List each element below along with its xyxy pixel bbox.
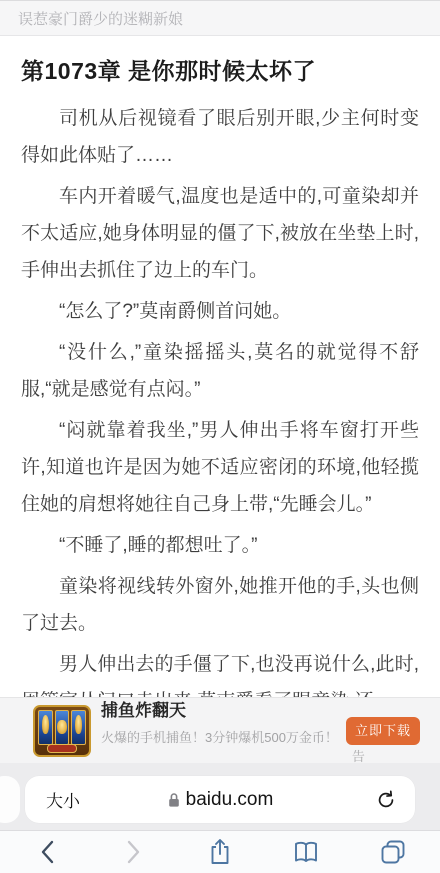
url-text: baidu.com — [186, 789, 274, 811]
bookmarks-icon — [291, 839, 321, 865]
chapter-title: 第1073章 是你那时候太坏了 — [21, 53, 419, 86]
paragraph: “闷就靠着我坐,”男人伸出手将车窗打开些许,知道也许是因为她不适应密闭的环境,他… — [21, 412, 419, 523]
forward-button[interactable] — [112, 834, 156, 870]
novel-content: 第1073章 是你那时候太坏了 司机从后视镜看了眼后别开眼,少主何时变得如此体贴… — [0, 36, 440, 697]
adjacent-tab-stub[interactable] — [0, 776, 20, 823]
fishing-game-app-icon[interactable] — [33, 705, 91, 757]
ad-banner[interactable]: 捕鱼炸翻天 火爆的手机捕鱼！3分钟爆机500万金币！ 广告 立即下载 — [0, 697, 440, 763]
reader-title-bar: 误惹豪门爵少的迷糊新娘 — [0, 0, 440, 36]
download-button[interactable]: 立即下载 — [346, 717, 420, 745]
tabs-button[interactable] — [371, 834, 415, 870]
reload-button[interactable] — [375, 789, 415, 811]
paragraph: “怎么了?”莫南爵侧首问她。 — [21, 293, 419, 330]
back-button[interactable] — [25, 834, 69, 870]
reload-icon — [375, 789, 397, 811]
bookmarks-button[interactable] — [284, 834, 328, 870]
slot-reel — [38, 710, 53, 745]
paragraph: 童染将视线转外窗外,她推开他的手,头也侧了过去。 — [21, 568, 419, 642]
url-display[interactable]: baidu.com — [25, 776, 415, 823]
book-title: 误惹豪门爵少的迷糊新娘 — [18, 8, 183, 29]
slot-reel — [71, 710, 86, 745]
paragraph: 司机从后视镜看了眼后别开眼,少主何时变得如此体贴了…… — [21, 100, 419, 174]
share-icon — [207, 837, 233, 867]
slot-ribbon — [47, 744, 77, 753]
browser-address-bar-row: 大小 baidu.com — [0, 763, 440, 830]
paragraph: 男人伸出去的手僵了下,也没再说什么,此时,周管家从门口走出来,莫南爵看了眼童染,… — [21, 646, 419, 697]
ad-subtitle: 火爆的手机捕鱼！3分钟爆机500万金币！ — [101, 727, 338, 746]
forward-icon — [126, 839, 141, 865]
back-icon — [40, 839, 55, 865]
browser-toolbar — [0, 830, 440, 873]
share-button[interactable] — [198, 834, 242, 870]
paragraph: “不睡了,睡的都想吐了。” — [21, 527, 419, 564]
paragraph: 车内开着暖气,温度也是适中的,可童染却并不太适应,她身体明显的僵了下,被放在坐垫… — [21, 178, 419, 289]
lock-icon — [167, 792, 181, 808]
tabs-icon — [379, 838, 407, 866]
slot-reel — [55, 710, 70, 745]
paragraph: “没什么,”童染摇摇头,莫名的就觉得不舒服,“就是感觉有点闷。” — [21, 334, 419, 408]
ad-text: 捕鱼炸翻天 火爆的手机捕鱼！3分钟爆机500万金币！ 广告 — [101, 696, 336, 765]
font-size-button[interactable]: 大小 — [25, 787, 80, 812]
address-bar[interactable]: 大小 baidu.com — [25, 776, 415, 823]
ad-title: 捕鱼炸翻天 — [101, 696, 336, 721]
